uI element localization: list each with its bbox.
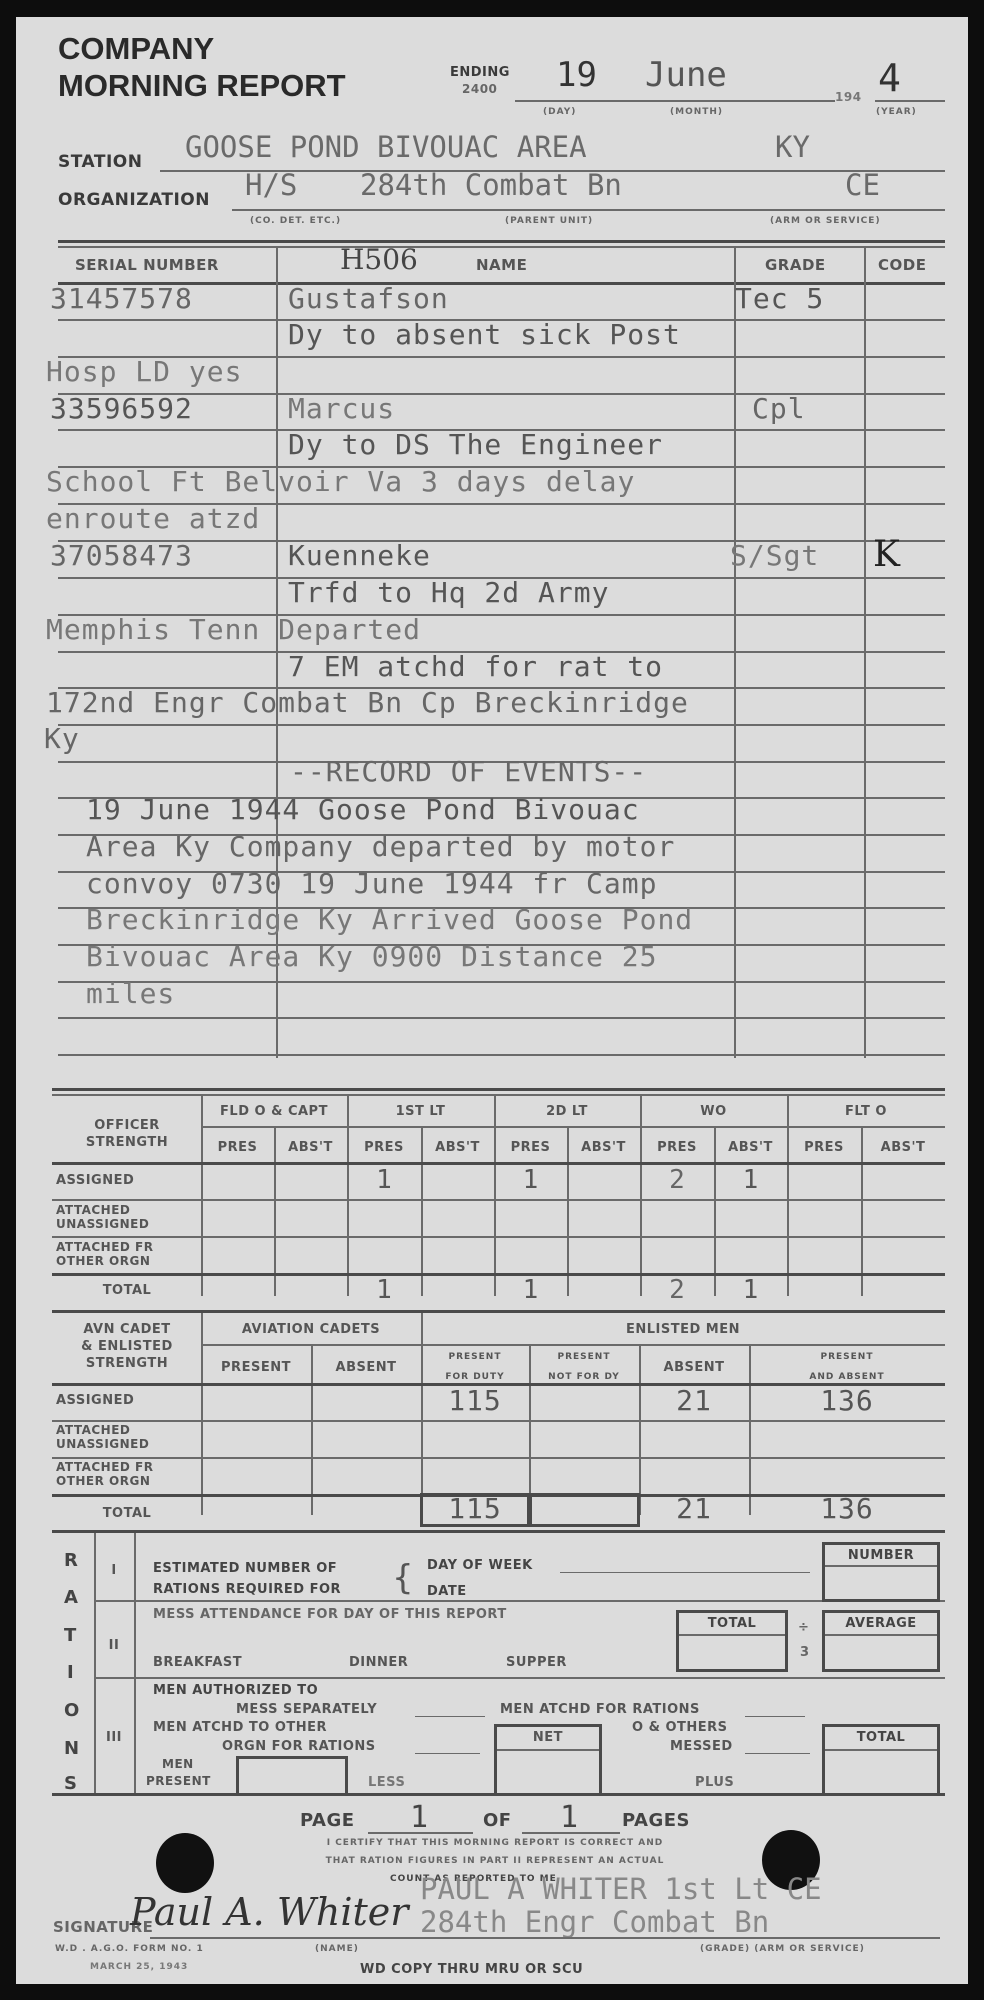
col-present-for-duty-1: PRESENT	[421, 1352, 529, 1362]
rations-letter: T	[64, 1625, 77, 1646]
dinner-label: DINNER	[349, 1655, 408, 1670]
remark-line: Dy to absent sick Post	[288, 318, 681, 351]
sub-abst: ABS'T	[421, 1140, 494, 1155]
sub-abst: ABS'T	[861, 1140, 945, 1155]
ending-label: ENDING	[450, 65, 510, 80]
day-of-week-label: DAY OF WEEK	[427, 1558, 533, 1573]
brace: {	[392, 1558, 414, 1598]
enlisted-title-1: AVN CADET	[52, 1322, 202, 1337]
col-serial-number: SERIAL NUMBER	[75, 256, 219, 274]
part-iii-numeral: III	[94, 1730, 134, 1745]
assigned-present-and-absent: 136	[749, 1384, 945, 1417]
serial-number: 37058473	[50, 539, 193, 572]
report-day: 19	[556, 55, 597, 95]
row-attached-fr-other-orgn: ATTACHED FR OTHER ORGN	[56, 1240, 166, 1268]
event-line: convoy 0730 19 June 1944 fr Camp	[86, 867, 657, 900]
box-divider	[679, 1634, 785, 1636]
divisor: 3	[800, 1645, 810, 1660]
orgn-for-rations-field[interactable]	[415, 1753, 480, 1754]
sub-abst: ABS'T	[567, 1140, 640, 1155]
total-1st-lt-pres: 1	[347, 1275, 421, 1305]
signature-line	[150, 1937, 940, 1939]
less-label: LESS	[368, 1775, 405, 1790]
present-label: PRESENT	[146, 1774, 211, 1788]
col-line	[749, 1345, 751, 1515]
page-total: 1	[560, 1800, 578, 1835]
assigned-absent: 21	[639, 1384, 749, 1417]
group-1st-lt: 1ST LT	[347, 1104, 494, 1119]
station-state: KY	[775, 130, 810, 164]
remark-line: 7 EM atchd for rat to	[288, 650, 663, 683]
day-of-week-field[interactable]	[560, 1572, 810, 1573]
col-present-for-duty-2: FOR DUTY	[421, 1372, 529, 1382]
day-caption: (DAY)	[543, 107, 576, 117]
parent-caption: (PARENT UNIT)	[505, 216, 593, 226]
organization-parent-unit: 284th Combat Bn	[360, 168, 622, 202]
col-line	[494, 1094, 496, 1296]
form-number: W.D . A.G.O. FORM NO. 1	[55, 1944, 204, 1954]
men-present-box[interactable]	[236, 1756, 348, 1796]
group-aviation-cadets: AVIATION CADETS	[201, 1322, 421, 1337]
subheader-line	[201, 1126, 945, 1128]
event-line: 19 June 1944 Goose Pond Bivouac	[86, 793, 640, 826]
total-present-for-duty: 115	[421, 1492, 529, 1525]
messed-field[interactable]	[745, 1753, 810, 1754]
group-fld-o-capt: FLD O & CAPT	[201, 1104, 347, 1119]
assigned-wo-pres: 2	[640, 1165, 714, 1195]
rations-letter: S	[64, 1773, 77, 1794]
estimated-number-label: ESTIMATED NUMBER OF	[153, 1561, 337, 1576]
wd-copy-note: WD COPY THRU MRU OR SCU	[360, 1962, 583, 1977]
col-grade: GRADE	[765, 256, 826, 274]
month-caption: (MONTH)	[670, 107, 723, 117]
year-underline	[875, 100, 945, 102]
rations-letter: O	[64, 1700, 80, 1721]
col-line	[134, 1533, 136, 1793]
supper-label: SUPPER	[506, 1655, 567, 1670]
col-line	[640, 1094, 642, 1296]
soldier-name: Marcus	[288, 392, 395, 425]
year-caption: (YEAR)	[876, 107, 917, 117]
report-year: 4	[878, 56, 901, 100]
signer-unit-typed: 284th Engr Combat Bn	[420, 1905, 769, 1939]
men-label: MEN	[162, 1757, 194, 1771]
col-line	[347, 1094, 349, 1296]
total-present-and-absent: 136	[749, 1492, 945, 1525]
mess-separately-label: MESS SEPARATELY	[236, 1702, 377, 1717]
event-line: miles	[86, 977, 175, 1010]
col-cadets-absent: ABSENT	[311, 1360, 421, 1375]
mess-total-label: TOTAL	[676, 1616, 788, 1631]
officer-strength-title-2: STRENGTH	[52, 1135, 202, 1150]
group-wo: WO	[640, 1104, 787, 1119]
row-line	[58, 1054, 945, 1056]
form-title-line1: COMPANY	[58, 30, 214, 67]
group-flt-o: FLT O	[787, 1104, 945, 1119]
rations-letter: N	[64, 1738, 80, 1759]
soldier-name: Gustafson	[288, 282, 449, 315]
col-code: CODE	[878, 256, 926, 274]
mess-separately-field[interactable]	[415, 1716, 485, 1717]
soldier-grade: S/Sgt	[730, 539, 819, 572]
roster-top-border	[58, 240, 945, 243]
group-2d-lt: 2D LT	[494, 1104, 640, 1119]
average-label: AVERAGE	[822, 1616, 940, 1631]
event-line: Bivouac Area Ky 0900 Distance 25	[86, 940, 657, 973]
remark-line: Ky	[44, 722, 80, 755]
number-box-label: NUMBER	[822, 1548, 940, 1563]
organization-underline	[232, 209, 945, 211]
col-present-not-for-duty-1: PRESENT	[529, 1352, 639, 1362]
row-line	[52, 1236, 945, 1238]
col-present-and-absent-2: AND ABSENT	[749, 1372, 945, 1382]
signature: Paul A. Whiter	[130, 1890, 408, 1934]
col-present-and-absent-1: PRESENT	[749, 1352, 945, 1362]
enlisted-title-2: & ENLISTED	[52, 1339, 202, 1354]
men-atchd-other-label: MEN ATCHD TO OTHER	[153, 1720, 327, 1735]
col-line	[201, 1094, 203, 1296]
form-date: MARCH 25, 1943	[90, 1962, 188, 1972]
event-line: Area Ky Company departed by motor	[86, 830, 675, 863]
o-others-label: O & OTHERS	[632, 1720, 728, 1735]
row-line	[52, 1457, 945, 1459]
station-label: STATION	[58, 152, 142, 172]
box-divider	[825, 1749, 937, 1751]
box-divider	[497, 1749, 599, 1751]
enlisted-table-top	[52, 1310, 945, 1313]
officer-table-top-inner	[52, 1094, 945, 1096]
sub-pres: PRES	[787, 1140, 861, 1155]
unit-caption: (CO. DET. ETC.)	[250, 216, 341, 226]
total-2d-lt-pres: 1	[494, 1275, 567, 1305]
row-line	[94, 1677, 945, 1679]
mess-attendance-label: MESS ATTENDANCE FOR DAY OF THIS REPORT	[153, 1607, 507, 1622]
row-assigned: ASSIGNED	[56, 1173, 134, 1188]
page-number-underline	[368, 1832, 473, 1834]
soldier-grade: Tec 5	[735, 282, 824, 315]
page-total-underline	[522, 1832, 620, 1834]
certify-line-1: I CERTIFY THAT THIS MORNING REPORT IS CO…	[265, 1838, 725, 1848]
remark-line: Hosp LD yes	[46, 355, 242, 388]
divide-symbol: ÷	[798, 1620, 809, 1635]
messed-label: MESSED	[670, 1739, 733, 1754]
serial-number: 31457578	[50, 282, 193, 315]
soldier-name: Kuenneke	[288, 539, 431, 572]
rations-required-label: RATIONS REQUIRED FOR	[153, 1582, 341, 1597]
total-wo-pres: 2	[640, 1275, 714, 1305]
row-total: TOTAL	[52, 1283, 202, 1298]
sub-pres: PRES	[347, 1140, 421, 1155]
box-divider	[825, 1634, 937, 1636]
rations-letter: I	[67, 1662, 74, 1683]
row-line	[58, 1017, 945, 1019]
officer-table-top	[52, 1088, 945, 1091]
row-line	[94, 1600, 945, 1602]
station-value: GOOSE POND BIVOUAC AREA	[185, 130, 587, 164]
punch-hole-left	[156, 1833, 214, 1893]
officer-strength-title-1: OFFICER	[52, 1118, 202, 1133]
col-name: NAME	[476, 256, 527, 274]
remark-line: Trfd to Hq 2d Army	[288, 576, 609, 609]
date-underline	[515, 100, 835, 102]
event-line: Breckinridge Ky Arrived Goose Pond	[86, 903, 693, 936]
remark-line: 172nd Engr Combat Bn Cp Breckinridge	[46, 686, 689, 719]
box-divider	[825, 1565, 937, 1567]
organization-label: ORGANIZATION	[58, 190, 210, 210]
rations-top	[52, 1530, 945, 1533]
sub-abst: ABS'T	[714, 1140, 787, 1155]
assigned-1st-lt-pres: 1	[347, 1165, 421, 1195]
row-line	[52, 1199, 945, 1201]
rations-letter: R	[64, 1550, 78, 1571]
sub-pres: PRES	[201, 1140, 274, 1155]
sub-abst: ABS'T	[274, 1140, 347, 1155]
total-present-not-for-duty-box	[529, 1493, 640, 1527]
col-line	[787, 1094, 789, 1296]
row-total: TOTAL	[52, 1506, 202, 1521]
soldier-code: K	[873, 534, 900, 575]
soldier-grade: Cpl	[752, 392, 806, 425]
row-attached-unassigned: ATTACHED UNASSIGNED	[56, 1423, 166, 1451]
col-line	[529, 1345, 531, 1515]
sub-pres: PRES	[640, 1140, 714, 1155]
remark-line: School Ft Belvoir Va 3 days delay	[46, 465, 635, 498]
row-attached-fr-other-orgn: ATTACHED FR OTHER ORGN	[56, 1460, 166, 1488]
pages-label: PAGES	[622, 1810, 690, 1831]
total-absent: 21	[639, 1492, 749, 1525]
roster-top-border-inner	[58, 246, 945, 248]
report-month: June	[645, 55, 727, 95]
assigned-2d-lt-pres: 1	[494, 1165, 567, 1195]
col-absent: ABSENT	[639, 1360, 749, 1375]
row-line	[58, 981, 945, 983]
enlisted-title-3: STRENGTH	[52, 1356, 202, 1371]
name-caption: (NAME)	[315, 1944, 359, 1954]
plus-label: PLUS	[695, 1775, 734, 1790]
year-prefix: 194	[835, 90, 862, 104]
row-assigned: ASSIGNED	[56, 1393, 134, 1408]
breakfast-label: BREAKFAST	[153, 1655, 242, 1670]
rations-letter: A	[64, 1587, 78, 1608]
row-line	[58, 724, 945, 726]
men-authorized-label: MEN AUTHORIZED TO	[153, 1683, 318, 1698]
serial-number: 33596592	[50, 392, 193, 425]
sub-pres: PRES	[494, 1140, 567, 1155]
organization-unit: H/S	[245, 168, 297, 202]
total-label: TOTAL	[822, 1730, 940, 1745]
record-of-events-heading: --RECORD OF EVENTS--	[290, 755, 647, 788]
col-cadets-present: PRESENT	[201, 1360, 311, 1375]
ending-time: 2400	[462, 82, 497, 96]
men-atchd-rations-field[interactable]	[745, 1716, 805, 1717]
of-label: OF	[483, 1810, 512, 1831]
assigned-present-for-duty: 115	[421, 1384, 529, 1417]
page-number: 1	[410, 1800, 428, 1835]
signer-name-typed: PAUL A WHITER 1st Lt CE	[420, 1872, 822, 1906]
part-ii-numeral: II	[94, 1638, 134, 1653]
certify-line-2: THAT RATION FIGURES IN PART II REPRESENT…	[265, 1856, 725, 1866]
remark-line: Dy to DS The Engineer	[288, 428, 663, 461]
date-label: DATE	[427, 1584, 467, 1599]
group-enlisted-men: ENLISTED MEN	[421, 1322, 945, 1337]
handwritten-note: H506	[340, 243, 418, 276]
net-label: NET	[494, 1730, 602, 1745]
row-line	[52, 1420, 945, 1422]
assigned-wo-abst: 1	[714, 1165, 787, 1195]
remark-line: enroute atzd	[46, 502, 260, 535]
total-wo-abst: 1	[714, 1275, 787, 1305]
orgn-for-rations-label: ORGN FOR RATIONS	[222, 1739, 376, 1754]
row-attached-unassigned: ATTACHED UNASSIGNED	[56, 1203, 166, 1231]
organization-service: CE	[845, 168, 880, 202]
service-caption: (ARM OR SERVICE)	[770, 216, 881, 226]
page-label: PAGE	[300, 1810, 355, 1831]
subheader-line	[201, 1344, 945, 1346]
men-atchd-rations-label: MEN ATCHD FOR RATIONS	[500, 1702, 700, 1717]
col-present-not-for-duty-2: NOT FOR DY	[529, 1372, 639, 1382]
part-i-numeral: I	[94, 1563, 134, 1578]
remark-line: Memphis Tenn Departed	[46, 613, 421, 646]
form-title-line2: MORNING REPORT	[58, 67, 346, 104]
grade-caption: (GRADE) (ARM OR SERVICE)	[700, 1944, 865, 1954]
